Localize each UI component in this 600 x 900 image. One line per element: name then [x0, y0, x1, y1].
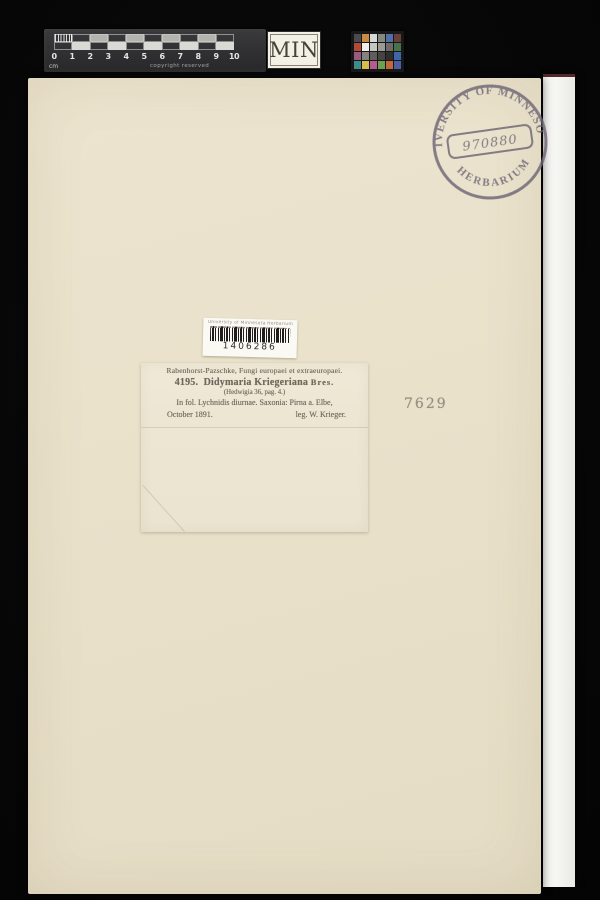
label-species-line: 4195. Didymaria Kriegeriana Bres.: [147, 377, 362, 388]
scale-segment: [72, 34, 90, 42]
barcode-label: University of Minnesota Herbarium 140628…: [203, 318, 298, 358]
ruler-number-row: 012345678910: [45, 52, 245, 61]
color-patch: [362, 34, 369, 42]
packet-crease: [141, 427, 368, 428]
scale-segment: [144, 34, 162, 42]
scale-segment: [162, 34, 180, 42]
label-collector: leg. W. Krieger.: [296, 410, 346, 419]
scale-segment: [216, 42, 234, 50]
herbarium-round-stamp: UNIVERSITY OF MINNESOTA HERBARIUM 970880: [420, 72, 560, 212]
scale-segment: [144, 42, 162, 50]
stamped-sheet-number: 7629: [404, 396, 448, 412]
scale-bar-row-top: [54, 34, 234, 42]
color-patch: [394, 34, 401, 42]
color-patch: [386, 61, 393, 69]
color-calibration-card: [351, 31, 404, 72]
scale-bar-row-bottom: [54, 42, 234, 50]
color-patch: [394, 43, 401, 51]
color-patch: [394, 61, 401, 69]
label-author: Bres.: [311, 377, 335, 387]
ruler-number: 10: [225, 52, 243, 61]
ruler-number: 6: [153, 52, 171, 61]
scale-segment: [90, 34, 108, 42]
ruler-number: 3: [99, 52, 117, 61]
scale-bar-blocks: [54, 34, 234, 50]
scale-segment: [90, 42, 108, 50]
color-patch: [378, 43, 385, 51]
stamp-graphic: UNIVERSITY OF MINNESOTA HERBARIUM 970880: [420, 72, 560, 212]
scale-segment: [108, 34, 126, 42]
scale-segment: [198, 42, 216, 50]
color-patch: [386, 43, 393, 51]
scale-segment: [216, 34, 234, 42]
ruler-number: 8: [189, 52, 207, 61]
scale-segment: [54, 34, 72, 42]
scale-segment: [162, 42, 180, 50]
color-patch: [378, 34, 385, 42]
institution-code-label: MIN: [267, 31, 321, 69]
color-checker-grid: [354, 34, 401, 69]
scale-segment: [108, 42, 126, 50]
specimen-packet: Rabenhorst-Pazschke, Fungi europaei et e…: [141, 363, 368, 532]
color-patch: [386, 34, 393, 42]
label-date: October 1891.: [167, 410, 213, 419]
color-patch: [378, 61, 385, 69]
ruler-number: 4: [117, 52, 135, 61]
label-number: 4195.: [175, 377, 199, 388]
stamp-written-number: 970880: [462, 132, 519, 155]
label-series-title: Rabenhorst-Pazschke, Fungi europaei et e…: [147, 366, 362, 375]
label-citation: (Hedwigia 36, pag. 4.): [147, 389, 362, 396]
label-habitat: In fol. Lychnidis diurnae. Saxonia: Pirn…: [147, 398, 362, 407]
color-patch: [362, 52, 369, 60]
color-patch: [362, 61, 369, 69]
ruler-copyright-text: copyright reserved: [150, 63, 209, 69]
color-patch: [362, 43, 369, 51]
ruler-number: 1: [63, 52, 81, 61]
ruler-number: 7: [171, 52, 189, 61]
color-patch: [354, 61, 361, 69]
scale-segment: [198, 34, 216, 42]
color-patch: [370, 52, 377, 60]
color-patch: [370, 43, 377, 51]
ruler-unit-label: cm: [49, 63, 58, 70]
color-patch: [386, 52, 393, 60]
ruler-number: 2: [81, 52, 99, 61]
packet-fold-line: [143, 485, 185, 532]
institution-code-text: MIN: [269, 38, 319, 62]
ruler-number: 9: [207, 52, 225, 61]
color-patch: [370, 34, 377, 42]
scale-segment: [126, 34, 144, 42]
barcode-number: 1406286: [203, 341, 297, 353]
color-patch: [394, 52, 401, 60]
color-patch: [378, 52, 385, 60]
label-bottom-line: October 1891. leg. W. Krieger.: [147, 410, 362, 419]
color-patch: [370, 61, 377, 69]
scale-segment: [54, 42, 72, 50]
color-patch: [354, 34, 361, 42]
color-patch: [354, 43, 361, 51]
color-patch: [354, 52, 361, 60]
label-species-name: Didymaria Kriegeriana: [204, 377, 308, 388]
ruler-number: 5: [135, 52, 153, 61]
photo-scale-bar: 012345678910 cm copyright reserved: [44, 29, 266, 72]
scale-segment: [180, 34, 198, 42]
scale-segment: [180, 42, 198, 50]
scale-segment: [126, 42, 144, 50]
specimen-label: Rabenhorst-Pazschke, Fungi europaei et e…: [147, 366, 362, 419]
ruler-number: 0: [45, 52, 63, 61]
scale-segment: [72, 42, 90, 50]
